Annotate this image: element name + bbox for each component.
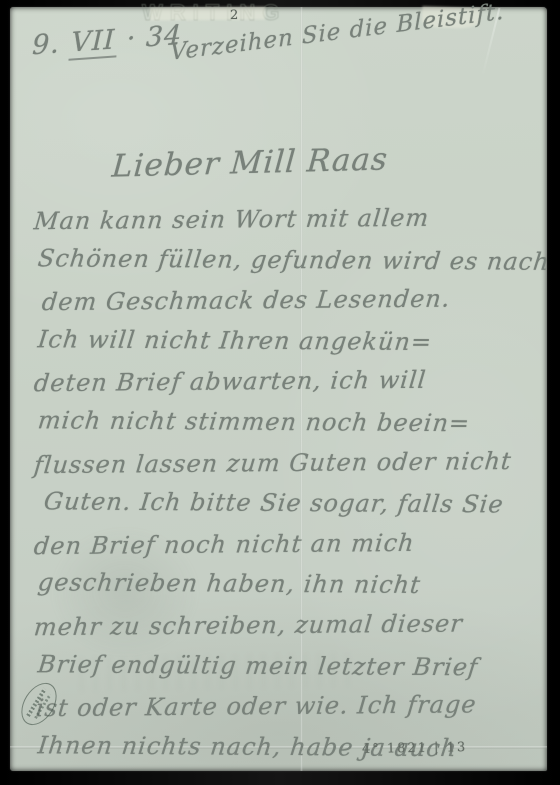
body-line: deten Brief abwarten, ich will xyxy=(34,359,539,404)
body-line: geschrieben haben, ihn nicht xyxy=(38,563,539,607)
body-line: Ich will nicht Ihren angekün= xyxy=(38,319,539,363)
letter-body: Man kann sein Wort mit allem Schönen fül… xyxy=(34,199,539,767)
letter-page: WRITING 2 9. VII · 34 Verzeihen Sie die … xyxy=(10,7,547,771)
page-number: 2 xyxy=(230,8,238,23)
body-line: ist oder Karte oder wie. Ich frage xyxy=(36,684,539,729)
body-line: Schönen füllen, gefunden wird es nach xyxy=(38,238,539,282)
salutation: Lieber Mill Raas xyxy=(112,141,389,184)
body-line: mehr zu schreiben, zumal dieser xyxy=(34,603,539,648)
body-line: den Brief noch nicht an mich xyxy=(34,522,539,567)
apology-note-line2: Bleistift. xyxy=(395,0,503,41)
scan-background: WRITING 2 9. VII · 34 Verzeihen Sie die … xyxy=(0,0,560,785)
body-line: Brief endgültig mein letzter Brief xyxy=(38,644,539,688)
body-line: dem Geschmack des Lesenden. xyxy=(42,278,539,323)
body-line: mich nicht stimmen noch beein= xyxy=(38,400,539,444)
shelfmark: 4° 1821 | 13 xyxy=(362,740,467,757)
tape-remnant xyxy=(150,6,265,20)
body-line: flussen lassen zum Guten oder nicht xyxy=(34,440,539,485)
body-line: Guten. Ich bitte Sie sogar, falls Sie xyxy=(44,481,539,525)
body-line: Man kann sein Wort mit allem xyxy=(34,197,539,242)
date-day: 9. xyxy=(32,28,61,61)
letter-date: 9. VII · 34 xyxy=(31,20,183,61)
date-month: VII xyxy=(69,24,118,60)
